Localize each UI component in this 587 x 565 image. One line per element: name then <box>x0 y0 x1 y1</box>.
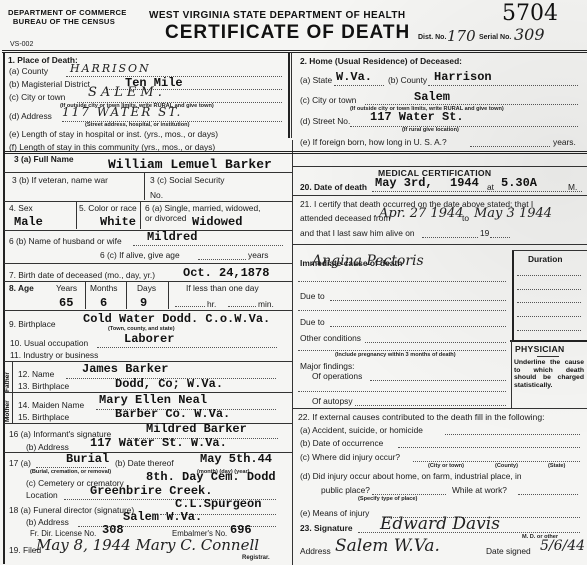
mother-name: Mary Ellen Neal <box>99 393 207 407</box>
race-label: 5. Color or race <box>79 203 137 213</box>
header-divider <box>2 50 587 53</box>
certificate-title: CERTIFICATE OF DEATH <box>165 22 410 44</box>
burial-date: May 5th.44 <box>200 452 272 466</box>
due-to-line-2 <box>330 326 506 327</box>
occupation-line <box>97 347 277 348</box>
birth-date: Oct. 24,1878 <box>183 266 269 280</box>
death-date-divider <box>292 195 587 196</box>
last-seen-19: 19 <box>480 228 489 238</box>
cause-line-2 <box>298 310 506 311</box>
cause-line-1 <box>298 281 506 282</box>
section-divider-1 <box>4 151 587 154</box>
place-of-death-heading: 1. Place of Death: <box>8 55 78 65</box>
embalmer-number: 696 <box>230 523 252 537</box>
marital-value: Widowed <box>192 215 242 229</box>
duration-box-top <box>512 250 587 251</box>
duration-line-2 <box>517 289 581 290</box>
where-note-state: (State) <box>548 463 565 469</box>
physician-note: Underline the cause to which death shoul… <box>514 359 584 389</box>
due-to-label-1: Due to <box>300 291 325 301</box>
informant-signature: Mildred Barker <box>146 422 247 436</box>
home-street-line <box>350 126 578 127</box>
veteran-divider <box>144 173 145 200</box>
department-heading: DEPARTMENT OF COMMERCE BUREAU OF THE CEN… <box>8 8 120 26</box>
cemetery: 8th. Day Cem. Dodd <box>146 470 276 484</box>
date-signed: 5/6/44 <box>540 538 585 554</box>
left-border <box>3 52 5 564</box>
findings-divider <box>292 408 587 409</box>
father-name: James Barker <box>82 362 168 376</box>
full-name: William Lemuel Barker <box>108 157 272 172</box>
death-date: May 3rd, <box>375 176 433 190</box>
sex-label: 4. Sex <box>9 203 33 213</box>
race-divider <box>140 202 141 229</box>
physician-underline <box>537 356 559 357</box>
autopsy-line <box>355 405 506 406</box>
other-conditions-line <box>365 342 506 343</box>
death-date-label: 20. Date of death <box>300 182 367 192</box>
death-year: 1944 <box>450 176 479 190</box>
father-birthplace: Dodd, Co; W.Va. <box>115 377 223 391</box>
attended-to-label: to <box>462 213 469 223</box>
informant-address-label: (b) Address <box>26 442 69 452</box>
public-place-line <box>372 494 446 495</box>
age-days: 9 <box>140 296 147 310</box>
social-security-label: 3 (c) Social Security <box>150 175 224 185</box>
hours-label: hr. <box>207 299 216 309</box>
death-county: HARRISON <box>70 62 151 75</box>
age-divider-1 <box>85 282 86 309</box>
district-number: 170 <box>447 27 476 45</box>
district-label: (b) Magisterial District <box>9 79 90 89</box>
public-place-label: public place? <box>321 485 370 495</box>
home-city-line <box>365 104 578 105</box>
name-divider <box>4 172 292 173</box>
funeral-address: Salem W.Va. <box>123 510 202 524</box>
occupation: Laborer <box>124 332 174 346</box>
birthplace-label: 9. Birthplace <box>9 319 56 329</box>
operations-label: Of operations <box>312 371 362 381</box>
injury-home-label: (d) Did injury occur about home, on farm… <box>300 471 522 481</box>
hours-line <box>175 306 205 307</box>
social-security-no-label: No. <box>150 190 163 200</box>
home-county: Harrison <box>434 70 492 84</box>
veteran-row-divider <box>4 201 292 202</box>
father-tab: Father <box>4 363 11 392</box>
autopsy-label: Of autopsy <box>312 396 353 406</box>
city-label: (c) City or town <box>9 92 65 102</box>
duration-line-1 <box>517 275 581 276</box>
industry-label: 11. Industry or business <box>10 350 98 360</box>
father-birthplace-label: 13. Birthplace <box>18 381 69 391</box>
less-than-day-label: If less than one day <box>186 283 259 293</box>
location-label: Location <box>26 490 58 500</box>
center-divider <box>292 140 293 565</box>
age-months: 6 <box>100 296 107 310</box>
birthplace: Cold Water Dodd. C.o.W.Va. <box>83 312 270 326</box>
occurrence-line <box>398 447 580 448</box>
attended-to: May 3 1944 <box>474 206 552 221</box>
pregnancy-note: (Include pregnancy within 3 months of de… <box>335 352 456 358</box>
while-at-work-line <box>518 494 578 495</box>
registrar-label: Registrar. <box>242 555 270 561</box>
attended-divider <box>292 244 587 245</box>
marital-label: 6 (a) Single, married, widowed, <box>145 203 260 213</box>
attended-label: attended deceased from <box>300 213 390 223</box>
where-injury-label: (c) Where did injury occur? <box>300 452 400 462</box>
mother-tab: Mother <box>4 393 11 422</box>
duration-line-5 <box>517 330 581 331</box>
foreign-years-label: years. <box>553 137 576 147</box>
age-years: 65 <box>59 296 73 310</box>
duration-heading: Duration <box>528 254 562 264</box>
father-name-label: 12. Name <box>18 369 54 379</box>
race-value: White <box>100 215 136 229</box>
home-city: Salem <box>414 90 450 104</box>
birth-date-divider <box>4 281 292 282</box>
county-label: (a) County <box>9 66 48 76</box>
while-at-work-label: While at work? <box>452 485 507 495</box>
funeral-director-label: 18 (a) Funeral director (signature) <box>9 505 134 515</box>
spouse-name: Mildred <box>147 230 197 244</box>
funeral-address-label: (b) Address <box>26 517 69 527</box>
age-years-label: Years <box>56 283 77 293</box>
home-state-label: (a) State <box>300 75 332 85</box>
home-county-label: (b) County <box>388 75 427 85</box>
certificate-number: 5704 <box>502 1 558 26</box>
sex-value: Male <box>14 215 43 229</box>
due-to-line-1 <box>330 300 506 301</box>
spouse-label: 6 (b) Name of husband or wife <box>9 236 122 246</box>
disposition-line <box>36 467 106 468</box>
accident-line <box>445 434 580 435</box>
center-divider-top-2 <box>291 52 292 138</box>
disposition: Burial <box>66 452 109 466</box>
disposition-note: (Burial, cremation, or removal) <box>30 469 111 475</box>
address-note: (Street address, hospital, or institutio… <box>85 122 189 128</box>
disposition-label: 17 (a) <box>9 458 31 468</box>
home-street: 117 Water St. <box>370 110 464 124</box>
medical-top-divider <box>292 166 587 167</box>
death-certificate: DEPARTMENT OF COMMERCE BUREAU OF THE CEN… <box>0 0 587 565</box>
sex-divider <box>76 202 77 229</box>
filed-value: May 8, 1944 Mary C. Connell <box>36 536 259 554</box>
minutes-label: min. <box>258 299 274 309</box>
place-type-note: (Specify type of place) <box>358 496 417 502</box>
physician-signature: Edward Davis <box>380 514 500 534</box>
duration-box-left <box>512 250 514 340</box>
where-note-city: (City or town) <box>428 463 464 469</box>
mother-name-label: 14. Maiden Name <box>18 400 84 410</box>
death-date-line <box>372 191 582 192</box>
death-address: 117 WATER ST. <box>62 105 182 119</box>
due-to-label-2: Due to <box>300 317 325 327</box>
department-line-2: BUREAU OF THE CENSUS <box>8 17 120 26</box>
attended-from: Apr. 27 1944 <box>379 206 464 221</box>
marital-label-2: or divorced <box>145 213 186 223</box>
home-street-note: (If rural give location) <box>402 127 459 133</box>
death-at-label: at <box>487 182 494 192</box>
mother-birthplace-label: 15. Birthplace <box>18 412 69 422</box>
spouse-age-line <box>198 259 246 260</box>
accident-label: (a) Accident, suicide, or homicide <box>300 425 423 435</box>
age-divider-2 <box>126 282 127 309</box>
external-causes-heading: 22. If external causes contributed to th… <box>298 412 545 422</box>
age-divider-3 <box>168 282 169 309</box>
major-findings-label: Major findings: <box>300 361 354 371</box>
other-conditions-label: Other conditions <box>300 333 361 343</box>
district-number-label: Dist. No. <box>418 34 446 41</box>
burial-date-label: (b) Date thereof <box>115 458 174 468</box>
home-state-line <box>334 85 384 86</box>
address-label: (d) Address <box>9 111 52 121</box>
foreign-born-label: (e) If foreign born, how long in U. S. A… <box>300 137 447 147</box>
age-label: 8. Age <box>9 283 34 293</box>
form-number: VS-002 <box>10 41 33 48</box>
duration-line-3 <box>517 302 581 303</box>
home-city-label: (c) City or town <box>300 95 356 105</box>
age-months-label: Months <box>90 283 117 293</box>
serial-number: 309 <box>514 25 545 44</box>
informant-address: 117 Water St. W.Va. <box>90 436 227 450</box>
signature-label: 23. Signature <box>300 523 353 533</box>
occupation-label: 10. Usual occupation <box>10 338 88 348</box>
minutes-line <box>228 306 256 307</box>
signer-address-label: Address <box>300 546 331 556</box>
birth-date-label: 7. Birth date of deceased (mo., day, yr.… <box>9 270 155 280</box>
duration-line-4 <box>517 316 581 317</box>
department-line-1: DEPARTMENT OF COMMERCE <box>8 8 120 17</box>
means-of-injury-label: (e) Means of injury <box>300 508 369 518</box>
home-heading: 2. Home (Usual Residence) of Deceased: <box>300 56 462 66</box>
operations-line-2 <box>298 391 506 392</box>
physician-box-top <box>510 340 587 342</box>
cemetery-location: Greenbrire Creek. <box>90 484 212 498</box>
home-county-line <box>428 85 578 86</box>
physician-heading: PHYSICIAN <box>515 344 565 354</box>
veteran-label: 3 (b) If veteran, name war <box>12 175 108 185</box>
spouse-line <box>133 245 283 246</box>
center-divider-top <box>288 52 290 138</box>
occurrence-label: (b) Date of occurrence <box>300 438 383 448</box>
license-number: 308 <box>102 523 124 537</box>
death-time: 5.30A <box>501 176 537 190</box>
immediate-cause: Angina Pectoris <box>312 253 424 269</box>
last-seen-label: and that I last saw him alive on <box>300 228 415 238</box>
last-seen-year-line <box>490 237 510 238</box>
spouse-divider <box>4 263 292 264</box>
death-city: SALEM. <box>88 85 166 100</box>
funeral-director: C.L.Spurgeon <box>175 497 261 511</box>
home-state: W.Va. <box>336 70 372 84</box>
age-row-divider <box>4 310 292 311</box>
last-seen-line <box>422 237 478 238</box>
mother-birthplace: Barber Co. W.Va. <box>115 407 230 421</box>
date-signed-label: Date signed <box>486 546 531 556</box>
home-street-label: (d) Street No. <box>300 116 350 126</box>
spouse-age-label: 6 (c) If alive, give age <box>100 250 180 260</box>
agency-name: WEST VIRGINIA STATE DEPARTMENT OF HEALTH <box>149 10 406 21</box>
stay-hospital-label: (e) Length of stay in hospital or inst. … <box>9 129 218 139</box>
where-note-county: (County) <box>495 463 518 469</box>
signer-address: Salem W.Va. <box>335 536 440 556</box>
physician-box-left <box>511 340 512 408</box>
age-days-label: Days <box>137 283 156 293</box>
death-meridiem: M. <box>568 182 577 192</box>
operations-line <box>370 380 506 381</box>
full-name-label: 3 (a) Full Name <box>14 154 74 164</box>
other-conditions-line-2 <box>298 350 506 351</box>
spouse-age-years: years <box>248 250 268 260</box>
foreign-born-line <box>470 146 550 147</box>
where-injury-line <box>413 461 580 462</box>
serial-number-label: Serial No. <box>479 34 511 41</box>
